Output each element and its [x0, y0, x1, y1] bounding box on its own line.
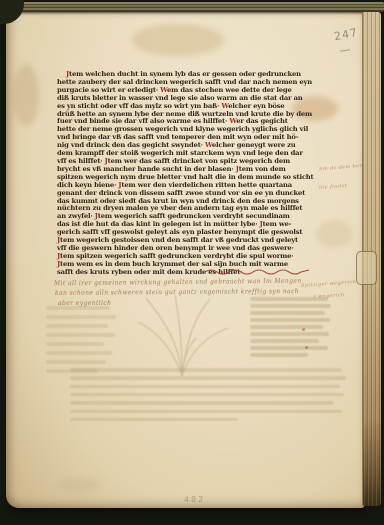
show-through-text-line: [46, 351, 112, 355]
show-through-text-line: [250, 311, 325, 315]
show-through-text-line: [70, 393, 344, 397]
show-through-text-line: [46, 324, 108, 328]
show-through-text-line: [46, 315, 116, 319]
show-through-text-line: [250, 304, 331, 308]
show-through-text-line: [250, 339, 319, 343]
show-through-plant-woodcut: [126, 292, 238, 380]
paper-stain: [13, 64, 39, 126]
paper-stain: [132, 24, 224, 56]
show-through-red-speck: [305, 346, 308, 349]
show-through-text-line: [70, 401, 334, 405]
show-through-text-line: [250, 332, 329, 336]
show-through-text-line: [250, 353, 308, 357]
show-through-text-line: [70, 418, 238, 422]
bottom-number-pencil: 482: [184, 495, 206, 505]
rubrication-line-filler: [203, 268, 315, 276]
show-through-text-line: [70, 410, 342, 414]
show-through-text-line: [70, 385, 340, 389]
show-through-text-line: [46, 360, 106, 364]
show-through-text-line: [250, 318, 330, 322]
printed-text-block: Jtem welchen ducht in synem lyb das er g…: [57, 71, 316, 277]
fore-edge-tab: [356, 251, 377, 285]
book-head-edge: [3, 2, 384, 12]
show-through-red-speck: [302, 328, 305, 331]
show-through-text-line: [70, 368, 342, 372]
show-through-text-line: [70, 376, 346, 380]
show-through-text-line: [46, 333, 115, 337]
paper-stain: [58, 478, 102, 492]
show-through-text-line: [250, 346, 328, 350]
paper-stain: [316, 220, 352, 248]
handwritten-note-line: aber eygentlich: [58, 300, 111, 307]
show-through-text-line: [46, 342, 104, 346]
book-photo: Jtem welchen ducht in synem lyb das er g…: [0, 0, 384, 525]
show-through-text-line: [250, 325, 323, 329]
